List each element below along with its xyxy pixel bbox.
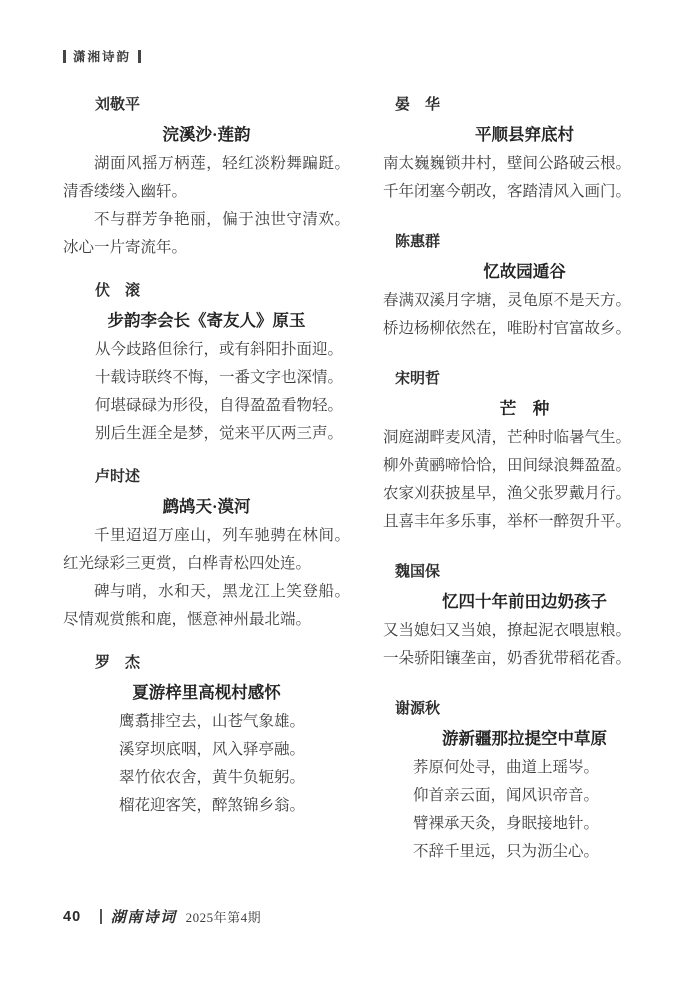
- poem-author: 宋明哲: [381, 364, 668, 394]
- poem-title: 游新疆那拉提空中草原: [381, 724, 668, 754]
- poem-body: 春满双溪月字塘，灵龟原不是天方。 桥边杨柳依然在，唯盼村官富故乡。: [381, 287, 668, 343]
- poem-body: 从今歧路但徐行，或有斜阳扑面迎。 十载诗联终不悔，一番文字也深情。 何堪碌碌为形…: [63, 336, 350, 448]
- poem-body: 荞原何处寻，曲道上瑶岑。 仰首亲云面，闻风识帝音。 臂裸承天灸，身眠接地针。 不…: [381, 754, 668, 866]
- poem-author: 谢源秋: [381, 694, 668, 724]
- poem-line: 翠竹依农舍，黄牛负轭躬。: [119, 764, 350, 792]
- poem-title: 芒 种: [381, 394, 668, 424]
- header-left-bar: [63, 50, 66, 63]
- poem-body: 洞庭湖畔麦风清，芒种时临暑气生。 柳外黄鹂啼恰恰，田间绿浪舞盈盈。 农家刈获披星…: [381, 424, 668, 536]
- poem-paragraph: 碑与哨，水和天，黑龙江上笑登船。尽情观赏熊和鹿，惬意神州最北端。: [63, 578, 350, 634]
- poem-paragraph: 湖面风摇万柄莲，轻红淡粉舞蹁跹。清香缕缕入幽轩。: [63, 150, 350, 206]
- poem-line: 又当媳妇又当娘，撩起泥衣喂崽粮。: [383, 617, 668, 645]
- header-right-bar: [138, 50, 141, 63]
- poem: 罗 杰 夏游梓里高枧村感怀 鹰翥排空去，山苍气象雄。 溪穿坝底咽，风入驿亭融。 …: [63, 648, 350, 820]
- poem-line: 仰首亲云面，闻风识帝音。: [413, 782, 668, 810]
- poem-title: 忆四十年前田边奶孩子: [381, 587, 668, 617]
- page-number: 40: [63, 909, 81, 925]
- poem-title: 步韵李会长《寄友人》原玉: [63, 306, 350, 336]
- poem-line: 桥边杨柳依然在，唯盼村官富故乡。: [383, 315, 668, 343]
- poem-line: 何堪碌碌为形役，自得盈盈看物轻。: [95, 392, 350, 420]
- poem: 谢源秋 游新疆那拉提空中草原 荞原何处寻，曲道上瑶岑。 仰首亲云面，闻风识帝音。…: [381, 694, 668, 866]
- poem-line: 十载诗联终不悔，一番文字也深情。: [95, 364, 350, 392]
- poem-line: 不辞千里远，只为沥尘心。: [413, 838, 668, 866]
- poem-line: 荞原何处寻，曲道上瑶岑。: [413, 754, 668, 782]
- poem: 魏国保 忆四十年前田边奶孩子 又当媳妇又当娘，撩起泥衣喂崽粮。 一朵骄阳镶垄亩，…: [381, 557, 668, 673]
- poem-line: 千年闭塞今朝改，客踏清风入画门。: [383, 178, 668, 206]
- poem-body: 又当媳妇又当娘，撩起泥衣喂崽粮。 一朵骄阳镶垄亩，奶香犹带稻花香。: [381, 617, 668, 673]
- poem: 宋明哲 芒 种 洞庭湖畔麦风清，芒种时临暑气生。 柳外黄鹂啼恰恰，田间绿浪舞盈盈…: [381, 364, 668, 536]
- poem: 刘敬平 浣溪沙·莲韵 湖面风摇万柄莲，轻红淡粉舞蹁跹。清香缕缕入幽轩。 不与群芳…: [63, 90, 350, 262]
- section-title: 潇湘诗韵: [73, 47, 131, 65]
- poem-author: 卢时述: [63, 462, 350, 492]
- footer-divider: [100, 909, 102, 924]
- poem-author: 罗 杰: [63, 648, 350, 678]
- poem-line: 臂裸承天灸，身眠接地针。: [413, 810, 668, 838]
- poem-author: 陈惠群: [381, 227, 668, 257]
- poem-title: 忆故园遁谷: [381, 257, 668, 287]
- poem-line: 农家刈获披星早，渔父张罗戴月行。: [383, 480, 668, 508]
- poem-line: 南太巍巍锁井村，壁间公路破云根。: [383, 150, 668, 178]
- right-column: 晏 华 平顺县穽底村 南太巍巍锁井村，壁间公路破云根。 千年闭塞今朝改，客踏清风…: [381, 90, 668, 887]
- poem-line: 从今歧路但徐行，或有斜阳扑面迎。: [95, 336, 350, 364]
- issue-label: 2025年第4期: [186, 907, 262, 926]
- poem-line: 别后生涯全是梦，觉来平仄两三声。: [95, 420, 350, 448]
- poem: 卢时述 鹧鸪天·漠河 千里迢迢万座山，列车驰骋在林间。红光绿彩三更赏，白桦青松四…: [63, 462, 350, 634]
- poem-line: 鹰翥排空去，山苍气象雄。: [119, 708, 350, 736]
- poem: 晏 华 平顺县穽底村 南太巍巍锁井村，壁间公路破云根。 千年闭塞今朝改，客踏清风…: [381, 90, 668, 206]
- poem: 伏 滚 步韵李会长《寄友人》原玉 从今歧路但徐行，或有斜阳扑面迎。 十载诗联终不…: [63, 276, 350, 448]
- poem-line: 春满双溪月字塘，灵龟原不是天方。: [383, 287, 668, 315]
- poem-title: 浣溪沙·莲韵: [63, 120, 350, 150]
- poem-title: 鹧鸪天·漠河: [63, 492, 350, 522]
- poem-line: 溪穿坝底咽，风入驿亭融。: [119, 736, 350, 764]
- journal-page: 潇湘诗韵 刘敬平 浣溪沙·莲韵 湖面风摇万柄莲，轻红淡粉舞蹁跹。清香缕缕入幽轩。…: [0, 0, 700, 989]
- poem-paragraph: 千里迢迢万座山，列车驰骋在林间。红光绿彩三更赏，白桦青松四处连。: [63, 522, 350, 578]
- poem-line: 且喜丰年多乐事，举杯一醉贺升平。: [383, 508, 668, 536]
- poem-title: 平顺县穽底村: [381, 120, 668, 150]
- poem: 陈惠群 忆故园遁谷 春满双溪月字塘，灵龟原不是天方。 桥边杨柳依然在，唯盼村官富…: [381, 227, 668, 343]
- poem-title: 夏游梓里高枧村感怀: [63, 678, 350, 708]
- page-footer: 40 湖南诗词 2025年第4期: [63, 906, 261, 927]
- poem-author: 晏 华: [381, 90, 668, 120]
- poem-author: 伏 滚: [63, 276, 350, 306]
- poem-line: 洞庭湖畔麦风清，芒种时临暑气生。: [383, 424, 668, 452]
- section-header: 潇湘诗韵: [63, 47, 141, 65]
- poem-line: 一朵骄阳镶垄亩，奶香犹带稻花香。: [383, 645, 668, 673]
- poem-body: 鹰翥排空去，山苍气象雄。 溪穿坝底咽，风入驿亭融。 翠竹依农舍，黄牛负轭躬。 榴…: [63, 708, 350, 820]
- journal-name: 湖南诗词: [111, 906, 177, 927]
- poem-paragraph: 不与群芳争艳丽，偏于浊世守清欢。冰心一片寄流年。: [63, 206, 350, 262]
- poem-line: 榴花迎客笑，醉煞锦乡翁。: [119, 792, 350, 820]
- poem-author: 刘敬平: [63, 90, 350, 120]
- left-column: 刘敬平 浣溪沙·莲韵 湖面风摇万柄莲，轻红淡粉舞蹁跹。清香缕缕入幽轩。 不与群芳…: [63, 90, 350, 887]
- poem-line: 柳外黄鹂啼恰恰，田间绿浪舞盈盈。: [383, 452, 668, 480]
- poem-columns: 刘敬平 浣溪沙·莲韵 湖面风摇万柄莲，轻红淡粉舞蹁跹。清香缕缕入幽轩。 不与群芳…: [63, 90, 668, 887]
- poem-author: 魏国保: [381, 557, 668, 587]
- poem-body: 南太巍巍锁井村，壁间公路破云根。 千年闭塞今朝改，客踏清风入画门。: [381, 150, 668, 206]
